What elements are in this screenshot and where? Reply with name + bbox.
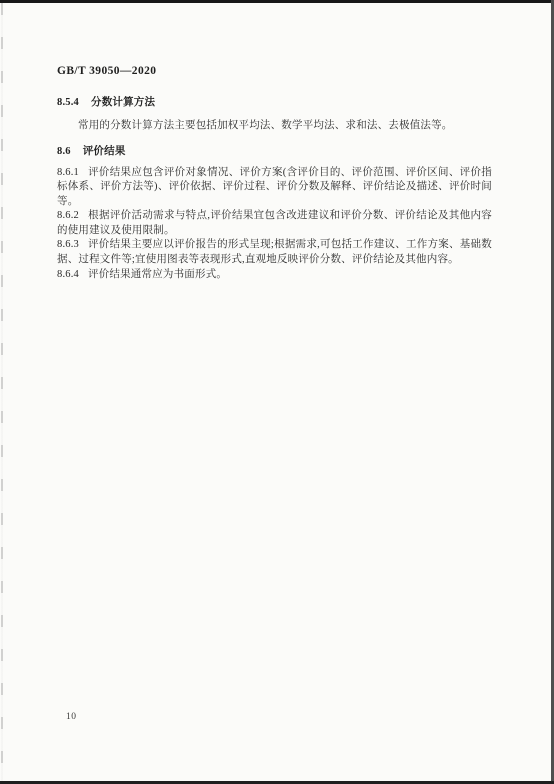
clause-text: 根据评价活动需求与特点,评价结果宜包含改进建议和评价分数、评价结论及其他内容的使… xyxy=(57,210,492,236)
clause-text: 评价结果通常应为书面形式。 xyxy=(88,269,227,280)
page-content: GB/T 39050—2020 8.5.4分数计算方法 常用的分数计算方法主要包… xyxy=(57,64,492,282)
section-heading-8-5-4: 8.5.4分数计算方法 xyxy=(57,95,492,110)
section-heading-8-6: 8.6评价结果 xyxy=(57,144,492,159)
section-title: 评价结果 xyxy=(83,146,126,157)
clause-number: 8.6.2 xyxy=(57,210,79,221)
clause-text: 评价结果应包含评价对象情况、评价方案(含评价目的、评价范围、评价区间、评价指标体… xyxy=(57,167,492,207)
paragraph-score-methods: 常用的分数计算方法主要包括加权平均法、数学平均法、求和法、去极值法等。 xyxy=(57,118,492,133)
standard-number-header: GB/T 39050—2020 xyxy=(57,64,492,79)
clause-8-6-2: 8.6.2根据评价活动需求与特点,评价结果宜包含改进建议和评价分数、评价结论及其… xyxy=(57,209,492,238)
clause-number: 8.6.1 xyxy=(57,167,79,178)
clause-8-6-4: 8.6.4评价结果通常应为书面形式。 xyxy=(57,268,492,283)
section-number: 8.5.4 xyxy=(57,97,79,108)
section-title: 分数计算方法 xyxy=(91,97,155,108)
section-number: 8.6 xyxy=(57,146,71,157)
clause-list: 8.6.1评价结果应包含评价对象情况、评价方案(含评价目的、评价范围、评价区间、… xyxy=(57,166,492,283)
clause-number: 8.6.3 xyxy=(57,239,79,250)
scan-edge-top xyxy=(0,0,554,3)
scanned-document-page: GB/T 39050—2020 8.5.4分数计算方法 常用的分数计算方法主要包… xyxy=(0,0,554,784)
scan-edge-left xyxy=(1,3,3,781)
clause-8-6-1: 8.6.1评价结果应包含评价对象情况、评价方案(含评价目的、评价范围、评价区间、… xyxy=(57,166,492,210)
clause-text: 评价结果主要应以评价报告的形式呈现;根据需求,可包括工作建议、工作方案、基础数据… xyxy=(57,239,492,265)
clause-number: 8.6.4 xyxy=(57,269,79,280)
clause-8-6-3: 8.6.3评价结果主要应以评价报告的形式呈现;根据需求,可包括工作建议、工作方案… xyxy=(57,238,492,267)
page-number: 10 xyxy=(66,712,77,722)
